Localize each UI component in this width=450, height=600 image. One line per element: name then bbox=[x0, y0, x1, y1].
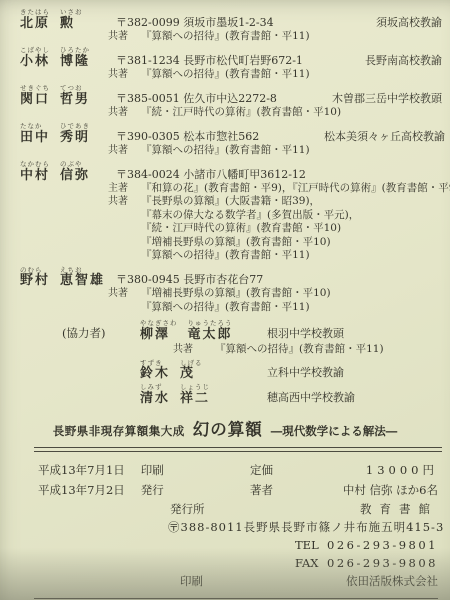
work-title: 『長野県の算額』(大阪書籍・昭39)， bbox=[141, 195, 450, 209]
name-furigana: きたはら bbox=[20, 9, 50, 16]
name-ruby-group: なかむら中村 bbox=[20, 161, 50, 182]
name-ruby-group: りゅうたろう竜太郎 bbox=[188, 320, 233, 341]
fax-row: FAX 026-293-9808 bbox=[0, 554, 450, 572]
issued-date: 平成13年7月2日 bbox=[38, 482, 125, 498]
name-kanji: 清水 bbox=[140, 392, 170, 405]
work-role-label: 共著 bbox=[108, 68, 141, 82]
work-line: 『算額への招待』(教育書館・平11) bbox=[0, 301, 450, 315]
name-kanji: 野村 bbox=[20, 274, 50, 287]
cooperator-row: しみず清水しょうじ祥二穂高西中学校教諭 bbox=[0, 384, 450, 405]
work-role-label bbox=[108, 301, 141, 315]
cooperators-list: (協力者)やなぎさわ柳澤りゅうたろう竜太郎根羽中学校教頭共著『算額への招待』(教… bbox=[0, 320, 450, 405]
price-value: 13000円 bbox=[366, 462, 438, 478]
contributor-position: 松本美須々ヶ丘高校教諭 bbox=[324, 128, 450, 144]
publisher-postal-code: 〶388-8011 bbox=[168, 519, 244, 535]
publisher-row: 発行所 教育書館 bbox=[0, 500, 450, 518]
contributors-list: きたはら北原いさお勲〒382-0099 須坂市墨坂1-2-34須坂高校教諭共著『… bbox=[0, 0, 450, 314]
printed-date: 平成13年7月1日 bbox=[38, 462, 125, 478]
work-role-label bbox=[108, 222, 141, 236]
printer-name: 依田活版株式会社 bbox=[346, 573, 438, 589]
work-line: 共著『増補長野県の算額』(教育書館・平10) bbox=[0, 287, 450, 301]
name-ruby-group: てつお哲男 bbox=[60, 85, 90, 106]
name-furigana: せきぐち bbox=[20, 85, 50, 92]
work-role-label: 主著 bbox=[108, 182, 141, 196]
printed-label: 印刷 bbox=[141, 462, 164, 478]
fax-label: FAX bbox=[295, 556, 318, 570]
contributor-name: こばやし小林ひろたか博隆 bbox=[20, 47, 116, 68]
printer-row: 印刷 依田活版株式会社 bbox=[0, 572, 450, 590]
work-role-label: 共著 bbox=[108, 106, 141, 120]
contributor-address: 〒390-0305 松本市惣社562 bbox=[116, 128, 324, 144]
name-kanji: 竜太郎 bbox=[188, 328, 233, 341]
contributor-row: たなか田中ひであき秀明〒390-0305 松本市惣社562松本美須々ヶ丘高校教諭 bbox=[0, 123, 450, 144]
work-role-label bbox=[108, 249, 141, 263]
name-kanji: 関口 bbox=[20, 93, 50, 106]
publisher-name: 教育書館 bbox=[360, 501, 438, 517]
contributor-address: 〒382-0099 須坂市墨坂1-2-34 bbox=[116, 14, 324, 30]
cooperator-position: 立科中学校教諭 bbox=[267, 364, 344, 380]
work-line: 『幕末の偉大なる数学者』(多賀出版・平元)， bbox=[0, 209, 450, 223]
cooperator-row: (協力者)やなぎさわ柳澤りゅうたろう竜太郎根羽中学校教頭 bbox=[0, 320, 450, 341]
contributor-row: こばやし小林ひろたか博隆〒381-1234 長野市松代町岩野672-1長野南高校… bbox=[0, 47, 450, 68]
contributor-name: きたはら北原いさお勲 bbox=[20, 9, 116, 30]
name-ruby-group: いさお勲 bbox=[60, 9, 83, 30]
work-title: 『和算の花』(教育書館・平9)，『江戸時代の算術』(教育書館・平9) bbox=[141, 182, 450, 196]
tel-row: TEL 026-293-9801 bbox=[0, 536, 450, 554]
contributor-address: 〒385-0051 佐久市中込2272-8 bbox=[116, 90, 324, 106]
name-ruby-group: のむら野村 bbox=[20, 267, 50, 288]
work-title: 『算額への招待』(教育書館・平11) bbox=[215, 343, 384, 356]
print-date-row: 平成13年7月1日 印刷 定価 13000円 bbox=[0, 460, 450, 480]
name-ruby-group: たなか田中 bbox=[20, 123, 50, 144]
name-kanji: 田中 bbox=[20, 131, 50, 144]
name-kanji: 鈴木 bbox=[140, 367, 170, 380]
cooperators-label: (協力者) bbox=[62, 325, 140, 341]
work-line: 主著『和算の花』(教育書館・平9)，『江戸時代の算術』(教育書館・平9) bbox=[0, 182, 450, 196]
issue-date-row: 平成13年7月2日 発行 著者 中村 信弥 ほか6名 bbox=[0, 480, 450, 500]
name-furigana: いさお bbox=[60, 9, 83, 16]
contributor-name: たなか田中ひであき秀明 bbox=[20, 123, 116, 144]
name-kanji: 勲 bbox=[60, 17, 75, 30]
name-ruby-group: のぶや信弥 bbox=[60, 161, 90, 182]
name-furigana: りゅうたろう bbox=[188, 320, 233, 327]
name-kanji: 秀明 bbox=[60, 131, 90, 144]
name-furigana: しょうじ bbox=[180, 384, 210, 391]
name-furigana: ひであき bbox=[60, 123, 90, 130]
name-kanji: 博隆 bbox=[60, 55, 90, 68]
contributor-name: のむら野村えちお恵智雄 bbox=[20, 267, 116, 288]
contributor-address: 〒384-0024 小諸市八幡町甲3612-12 bbox=[116, 166, 324, 182]
name-furigana: たなか bbox=[20, 123, 43, 130]
cooperator-row: すずき鈴木しげる茂立科中学校教諭 bbox=[0, 360, 450, 381]
publisher-label: 発行所 bbox=[170, 501, 205, 517]
name-kanji: 中村 bbox=[20, 169, 50, 182]
work-title: 『算額への招待』(教育書館・平11) bbox=[141, 144, 450, 158]
printer-label: 印刷 bbox=[180, 573, 203, 589]
name-kanji: 信弥 bbox=[60, 169, 90, 182]
work-title: 『増補長野県の算額』(教育書館・平10) bbox=[141, 236, 450, 250]
name-kanji: 恵智雄 bbox=[60, 274, 105, 287]
work-role-label bbox=[108, 236, 141, 250]
work-role-label: 共著 bbox=[108, 30, 141, 44]
work-role-label: 共著 bbox=[173, 343, 215, 356]
name-ruby-group: ひろたか博隆 bbox=[60, 47, 90, 68]
book-title: 幻の算額 bbox=[193, 420, 263, 439]
publisher-address: 長野県長野市篠ノ井布施五明415-3 bbox=[244, 519, 445, 535]
name-furigana: しみず bbox=[140, 384, 163, 391]
name-kanji: 哲男 bbox=[60, 93, 90, 106]
contributor-row: のむら野村えちお恵智雄〒380-0945 長野市杏花台77 bbox=[0, 267, 450, 288]
cooperator-position: 根羽中学校教頭 bbox=[267, 325, 344, 341]
tel-number: 026-293-9801 bbox=[327, 538, 438, 552]
contributor-name: すずき鈴木しげる茂 bbox=[140, 360, 267, 381]
work-title: 『続・江戸時代の算術』(教育書館・平10) bbox=[141, 222, 450, 236]
contributor-address: 〒380-0945 長野市杏花台77 bbox=[116, 271, 324, 287]
issued-label: 発行 bbox=[141, 482, 164, 498]
book-subtitle: ―現代数学による解法― bbox=[271, 424, 398, 438]
work-line: 共著『算額への招待』(教育書館・平11) bbox=[0, 68, 450, 82]
work-title: 『幕末の偉大なる数学者』(多賀出版・平元)， bbox=[141, 209, 450, 223]
contributor-row: せきぐち関口てつお哲男〒385-0051 佐久市中込2272-8木曽郡三岳中学校… bbox=[0, 85, 450, 106]
contributor-name: やなぎさわ柳澤りゅうたろう竜太郎 bbox=[140, 320, 267, 341]
name-kanji: 北原 bbox=[20, 17, 50, 30]
price-label: 定価 bbox=[250, 462, 273, 478]
tel-label: TEL bbox=[295, 538, 319, 552]
work-line: 共著『続・江戸時代の算術』(教育書館・平10) bbox=[0, 106, 450, 120]
name-ruby-group: すずき鈴木 bbox=[140, 360, 170, 381]
work-line: 『増補長野県の算額』(教育書館・平10) bbox=[0, 236, 450, 250]
book-title-line: 長野県非現存算額集大成幻の算額―現代数学による解法― bbox=[0, 416, 450, 440]
work-title: 『続・江戸時代の算術』(教育書館・平10) bbox=[141, 106, 450, 120]
work-role-label bbox=[108, 209, 141, 223]
name-ruby-group: えちお恵智雄 bbox=[60, 267, 105, 288]
name-ruby-group: しょうじ祥二 bbox=[180, 384, 210, 405]
work-line: 共著『算額への招待』(教育書館・平11) bbox=[0, 144, 450, 158]
name-kanji: 茂 bbox=[180, 367, 195, 380]
name-ruby-group: こばやし小林 bbox=[20, 47, 50, 68]
work-title: 『増補長野県の算額』(教育書館・平10) bbox=[141, 287, 450, 301]
contributor-row: きたはら北原いさお勲〒382-0099 須坂市墨坂1-2-34須坂高校教諭 bbox=[0, 9, 450, 30]
book-colophon-page: きたはら北原いさお勲〒382-0099 須坂市墨坂1-2-34須坂高校教諭共著『… bbox=[0, 0, 450, 600]
contributor-position: 木曽郡三岳中学校教頭 bbox=[324, 90, 450, 106]
work-line: 共著『算額への招待』(教育書館・平11) bbox=[0, 30, 450, 44]
contributor-row: なかむら中村のぶや信弥〒384-0024 小諸市八幡町甲3612-12 bbox=[0, 161, 450, 182]
work-title: 『算額への招待』(教育書館・平11) bbox=[141, 68, 450, 82]
work-title: 『算額への招待』(教育書館・平11) bbox=[141, 301, 450, 315]
contributor-position: 須坂高校教諭 bbox=[324, 14, 450, 30]
work-title: 『算額への招待』(教育書館・平11) bbox=[141, 30, 450, 44]
name-ruby-group: ひであき秀明 bbox=[60, 123, 90, 144]
work-line: 『続・江戸時代の算術』(教育書館・平10) bbox=[0, 222, 450, 236]
work-role-label: 共著 bbox=[108, 287, 141, 301]
name-kanji: 小林 bbox=[20, 55, 50, 68]
name-furigana: のぶや bbox=[60, 161, 83, 168]
colophon-block: 平成13年7月1日 印刷 定価 13000円 平成13年7月2日 発行 著者 中… bbox=[0, 460, 450, 590]
name-ruby-group: しげる茂 bbox=[180, 360, 203, 381]
fax-number: 026-293-9808 bbox=[327, 556, 438, 570]
contributor-name: しみず清水しょうじ祥二 bbox=[140, 384, 267, 405]
author-label: 著者 bbox=[250, 482, 273, 498]
name-furigana: てつお bbox=[60, 85, 83, 92]
contributor-name: なかむら中村のぶや信弥 bbox=[20, 161, 116, 182]
name-ruby-group: やなぎさわ柳澤 bbox=[140, 320, 178, 341]
contributor-address: 〒381-1234 長野市松代町岩野672-1 bbox=[116, 52, 324, 68]
name-kanji: 柳澤 bbox=[140, 328, 170, 341]
divider-rule-top bbox=[34, 447, 442, 452]
book-series-title: 長野県非現存算額集大成 bbox=[53, 424, 185, 438]
name-ruby-group: せきぐち関口 bbox=[20, 85, 50, 106]
name-ruby-group: しみず清水 bbox=[140, 384, 170, 405]
publisher-address-row: 〶388-8011 長野県長野市篠ノ井布施五明415-3 bbox=[0, 518, 450, 536]
cooperator-position: 穂高西中学校教諭 bbox=[267, 389, 355, 405]
contributor-position: 長野南高校教諭 bbox=[324, 52, 450, 68]
name-ruby-group: きたはら北原 bbox=[20, 9, 50, 30]
name-kanji: 祥二 bbox=[180, 392, 210, 405]
name-furigana: ひろたか bbox=[60, 47, 90, 54]
name-furigana: こばやし bbox=[20, 47, 50, 54]
work-line: 共著『算額への招待』(教育書館・平11) bbox=[0, 343, 450, 356]
name-furigana: やなぎさわ bbox=[140, 320, 178, 327]
author-value: 中村 信弥 ほか6名 bbox=[343, 482, 438, 498]
work-line: 共著『長野県の算額』(大阪書籍・昭39)， bbox=[0, 195, 450, 209]
work-title: 『算額への招待』(教育書館・平11) bbox=[141, 249, 450, 263]
name-furigana: なかむら bbox=[20, 161, 50, 168]
work-line: 『算額への招待』(教育書館・平11) bbox=[0, 249, 450, 263]
contributor-name: せきぐち関口てつお哲男 bbox=[20, 85, 116, 106]
work-role-label: 共著 bbox=[108, 195, 141, 209]
work-role-label: 共著 bbox=[108, 144, 141, 158]
